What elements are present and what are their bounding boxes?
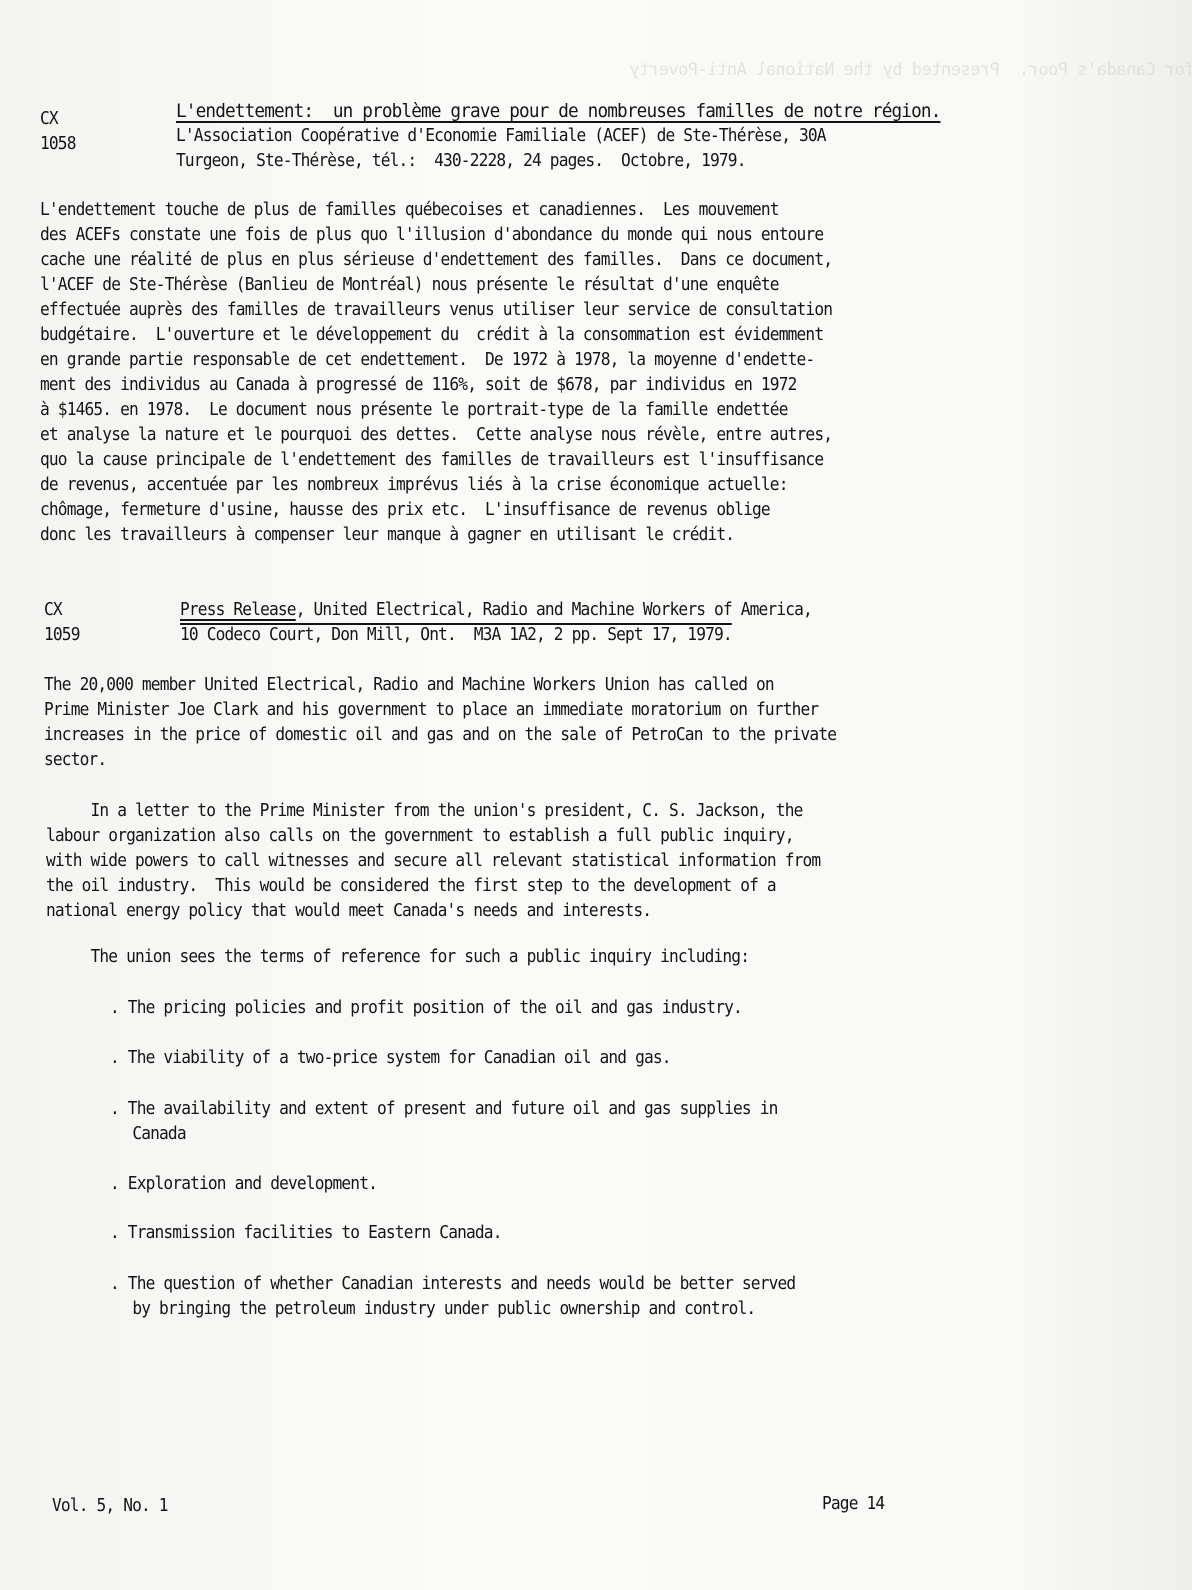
entry-id-number: 1059 bbox=[44, 623, 80, 648]
entry-title-suffix: , United Electrical, Radio and Machine W… bbox=[296, 600, 812, 620]
body-line: des ACEFs constate une fois de plus quo … bbox=[40, 223, 832, 248]
body-line: de revenus, accentuée par les nombreux i… bbox=[40, 473, 832, 498]
bullet-line: . Exploration and development. bbox=[110, 1172, 377, 1197]
body-line: ment des individus au Canada à progressé… bbox=[40, 373, 832, 398]
entry-body-1058: L'endettement touche de plus de familles… bbox=[40, 198, 892, 548]
bullet-line: . The viability of a two-price system fo… bbox=[110, 1046, 671, 1071]
body-line: the oil industry. This would be consider… bbox=[46, 874, 820, 899]
bullet-item: . The question of whether Canadian inter… bbox=[110, 1272, 847, 1322]
bullet-item: . Transmission facilities to Eastern Can… bbox=[110, 1221, 531, 1246]
bullet-item: . Exploration and development. bbox=[110, 1172, 397, 1197]
entry-body-1059-p2: In a letter to the Prime Minister from t… bbox=[46, 799, 879, 924]
bullet-line: Canada bbox=[110, 1122, 778, 1147]
entry-id-prefix: CX bbox=[40, 107, 76, 132]
bullet-item: . The availability and extent of present… bbox=[110, 1097, 828, 1147]
body-line: with wide powers to call witnesses and s… bbox=[46, 849, 820, 874]
entry-title: Press Release bbox=[180, 600, 296, 620]
entry-header-1058: L'endettement: un problème grave pour de… bbox=[176, 99, 998, 174]
body-line: à $1465. en 1978. Le document nous prése… bbox=[40, 398, 832, 423]
entry-body-1059-p1: The 20,000 member United Electrical, Rad… bbox=[44, 673, 896, 773]
body-line: en grande partie responsable de cet ende… bbox=[40, 348, 832, 373]
bullet-line: . The question of whether Canadian inter… bbox=[110, 1272, 795, 1297]
body-line: Prime Minister Joe Clark and his governm… bbox=[44, 698, 836, 723]
bullet-line: . Transmission facilities to Eastern Can… bbox=[110, 1221, 502, 1246]
document-page: Wanted: A Roof for Canada's Poor. Presen… bbox=[0, 0, 1192, 1590]
citation-line: 10 Codeco Court, Don Mill, Ont. M3A 1A2,… bbox=[180, 623, 812, 648]
citation-line: Turgeon, Ste-Thérèse, tél.: 430-2228, 24… bbox=[176, 149, 941, 174]
bullet-marker: . bbox=[110, 1274, 128, 1294]
bullet-marker: . bbox=[110, 1099, 128, 1119]
bullet-marker: . bbox=[110, 1048, 128, 1068]
body-line: sector. bbox=[44, 748, 836, 773]
footer-volume: Vol. 5, No. 1 bbox=[52, 1496, 168, 1516]
body-line: L'endettement touche de plus de familles… bbox=[40, 198, 832, 223]
entry-title: L'endettement: un problème grave pour de… bbox=[176, 99, 941, 124]
bleed-through-text: Wanted: A Roof for Canada's Poor. Presen… bbox=[630, 60, 1192, 80]
body-line: et analyse la nature et le pourquoi des … bbox=[40, 423, 832, 448]
bullet-marker: . bbox=[110, 1174, 128, 1194]
body-line: l'ACEF de Ste-Thérèse (Banlieu de Montré… bbox=[40, 273, 832, 298]
body-line: national energy policy that would meet C… bbox=[46, 899, 820, 924]
body-line: The 20,000 member United Electrical, Rad… bbox=[44, 673, 836, 698]
body-line: In a letter to the Prime Minister from t… bbox=[46, 799, 820, 824]
footer-page-number: Page 14 bbox=[822, 1494, 884, 1514]
bullet-line: . The pricing policies and profit positi… bbox=[110, 996, 742, 1021]
entry-id-prefix: CX bbox=[44, 598, 80, 623]
citation-line: L'Association Coopérative d'Economie Fam… bbox=[176, 124, 941, 149]
bullet-item: . The pricing policies and profit positi… bbox=[110, 996, 789, 1021]
body-line: The union sees the terms of reference fo… bbox=[46, 945, 749, 970]
bullet-item: . The viability of a two-price system fo… bbox=[110, 1046, 713, 1071]
bullet-line: . The availability and extent of present… bbox=[110, 1097, 778, 1122]
body-line: cache une réalité de plus en plus sérieu… bbox=[40, 248, 832, 273]
body-line: increases in the price of domestic oil a… bbox=[44, 723, 836, 748]
entry-id-number: 1058 bbox=[40, 132, 76, 157]
bullet-line: by bringing the petroleum industry under… bbox=[110, 1297, 795, 1322]
body-line: quo la cause principale de l'endettement… bbox=[40, 448, 832, 473]
entry-header-1059: Press Release, United Electrical, Radio … bbox=[180, 598, 860, 648]
body-line: labour organization also calls on the go… bbox=[46, 824, 820, 849]
body-line: budgétaire. L'ouverture et le développem… bbox=[40, 323, 832, 348]
entry-id-1059: CX 1059 bbox=[44, 598, 80, 648]
entry-title-line: Press Release, United Electrical, Radio … bbox=[180, 598, 812, 623]
body-line: effectuée auprès des familles de travail… bbox=[40, 298, 832, 323]
body-line: donc les travailleurs à compenser leur m… bbox=[40, 523, 832, 548]
entry-body-1059-p3: The union sees the terms of reference fo… bbox=[46, 945, 802, 970]
entry-id-1058: CX 1058 bbox=[40, 107, 76, 157]
bullet-marker: . bbox=[110, 1223, 128, 1243]
bullet-marker: . bbox=[110, 998, 128, 1018]
body-line: chômage, fermeture d'usine, hausse des p… bbox=[40, 498, 832, 523]
